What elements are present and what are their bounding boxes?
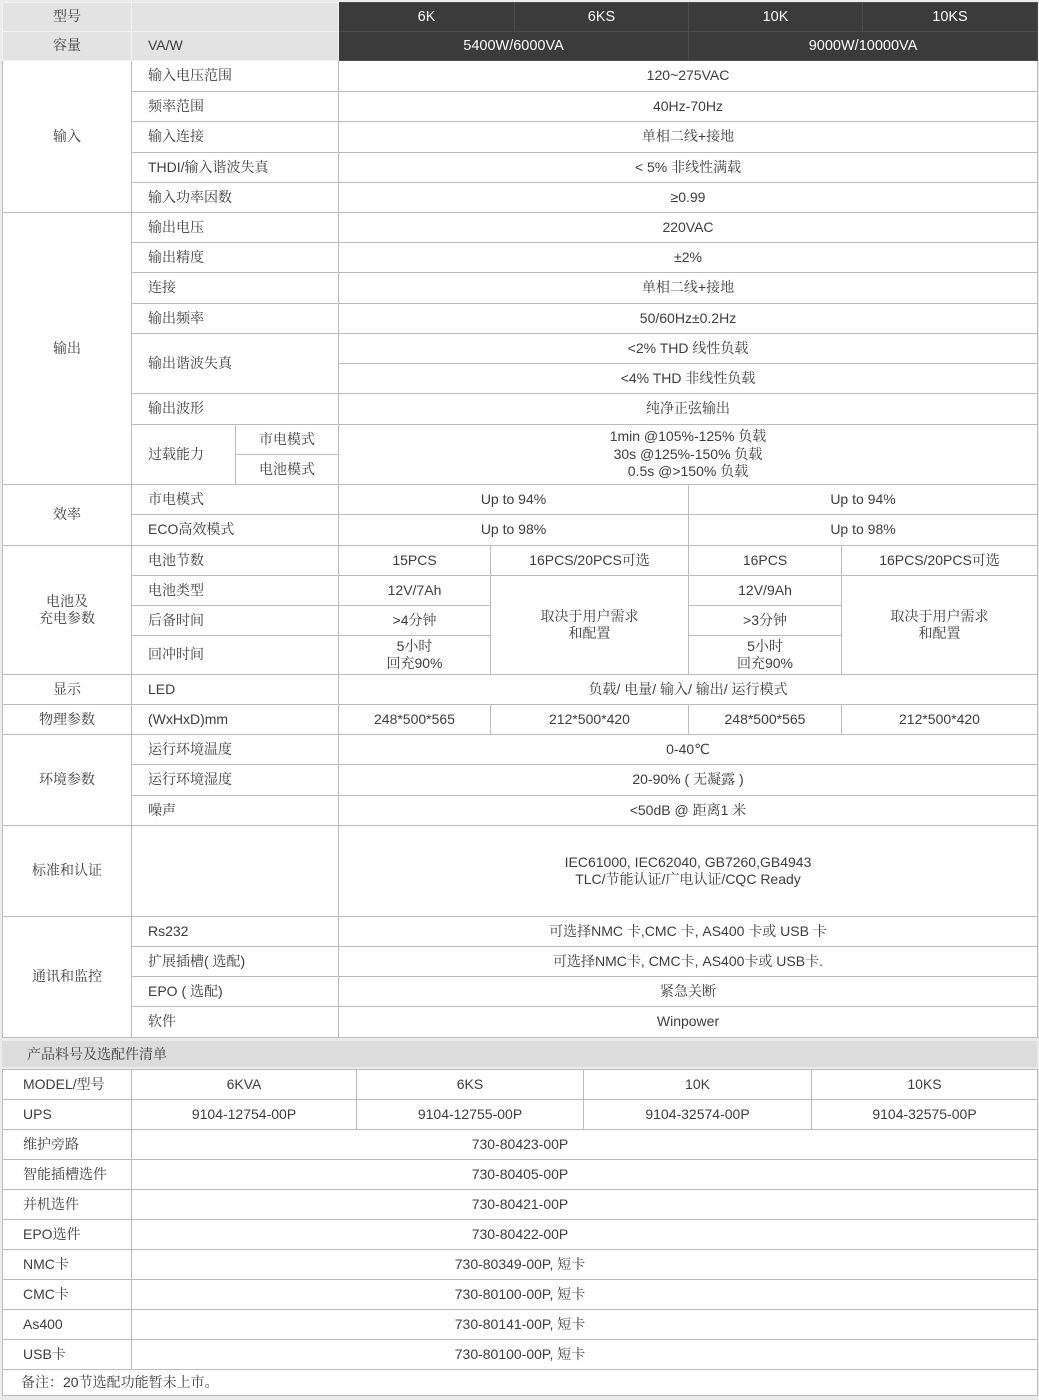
- spec-name: 市电模式: [132, 485, 339, 515]
- spec-name-thd: 输出谐波失真: [132, 334, 339, 394]
- efficiency-value: Up to 94%: [339, 485, 689, 515]
- spec-name-waveform: 输出波形: [132, 394, 339, 425]
- recharge-value: 5小时 回充90%: [339, 636, 491, 675]
- spec-name: 连接: [132, 273, 339, 304]
- section-label-physical: 物理参数: [3, 705, 132, 735]
- parts-option-label: USB卡: [3, 1340, 132, 1370]
- waveform-value: 纯净正弦输出: [339, 394, 1038, 425]
- thd-nonlinear-value: <4% THD 非线性负载: [339, 364, 1038, 394]
- dimension-value: 248*500*565: [689, 705, 842, 735]
- parts-option-value: 730-80422-00P: [132, 1220, 1038, 1250]
- spec-name: 输出频率: [132, 304, 339, 334]
- spec-value: < 5% 非线性满载: [339, 153, 1038, 183]
- depends-line: 和配置: [491, 625, 688, 643]
- section-label-standards: 标准和认证: [3, 826, 132, 917]
- standards-empty-cell: [132, 826, 339, 917]
- thd-linear-value: <2% THD 线性负载: [339, 334, 1038, 364]
- battery-depends-cell: 取决于用户需求 和配置: [842, 576, 1038, 675]
- spec-name: EPO ( 选配): [132, 977, 339, 1007]
- spec-value: ≥0.99: [339, 183, 1038, 213]
- spec-value: Winpower: [339, 1007, 1038, 1038]
- spec-name: 输入电压范围: [132, 61, 339, 92]
- overload-value: 1min @105%-125% 负载 30s @125%-150% 负载 0.5…: [339, 425, 1038, 485]
- spec-value: 120~275VAC: [339, 61, 1038, 92]
- parts-option-label: EPO选件: [3, 1220, 132, 1250]
- spec-value: 可选择NMC卡, CMC卡, AS400卡或 USB卡.: [339, 947, 1038, 977]
- spec-name: THDI/输入谐波失真: [132, 153, 339, 183]
- overload-line: 1min @105%-125% 负载: [339, 428, 1037, 446]
- standards-line: IEC61000, IEC62040, GB7260,GB4943: [339, 854, 1037, 872]
- spec-name: 输入连接: [132, 122, 339, 153]
- parts-option-label: 智能插槽选件: [3, 1160, 132, 1190]
- spec-value: 50/60Hz±0.2Hz: [339, 304, 1038, 334]
- battery-label-line: 充电参数: [3, 610, 131, 628]
- spec-table: 型号 6K 6KS 10K 10KS 容量 VA/W 5400W/6000VA …: [2, 2, 1038, 1038]
- spec-value: 20-90% ( 无凝露 ): [339, 765, 1038, 796]
- depends-line: 取决于用户需求: [842, 608, 1037, 626]
- parts-option-value: 730-80349-00P, 短卡: [132, 1250, 1038, 1280]
- battery-cells-value: 16PCS: [689, 546, 842, 576]
- section-label-efficiency: 效率: [3, 485, 132, 546]
- section-label-communication: 通讯和监控: [3, 917, 132, 1038]
- parts-option-value: 730-80141-00P, 短卡: [132, 1310, 1038, 1340]
- capacity-row-label: 容量: [3, 32, 132, 61]
- spec-name: 电池类型: [132, 576, 339, 606]
- spec-name-overload: 过载能力: [132, 425, 236, 485]
- parts-option-label: As400: [3, 1310, 132, 1340]
- recharge-line: 回充90%: [339, 655, 490, 673]
- battery-cells-value: 16PCS/20PCS可选: [491, 546, 689, 576]
- battery-cells-value: 15PCS: [339, 546, 491, 576]
- model-header-6k: 6K: [339, 3, 515, 32]
- battery-cells-value: 16PCS/20PCS可选: [842, 546, 1038, 576]
- spec-name: 电池节数: [132, 546, 339, 576]
- spec-name: ECO高效模式: [132, 515, 339, 546]
- spec-name: 扩展插槽( 选配): [132, 947, 339, 977]
- led-value: 负载/ 电量/ 输入/ 输出/ 运行模式: [339, 675, 1038, 705]
- efficiency-value: Up to 98%: [689, 515, 1038, 546]
- spec-value: 40Hz-70Hz: [339, 92, 1038, 122]
- parts-model-value: 6KS: [357, 1070, 584, 1100]
- spec-name: 后备时间: [132, 606, 339, 636]
- model-header-10ks: 10KS: [863, 3, 1038, 32]
- footnote: 备注：20节选配功能暂未上市。: [3, 1370, 1038, 1396]
- efficiency-value: Up to 94%: [689, 485, 1038, 515]
- depends-line: 取决于用户需求: [491, 608, 688, 626]
- spec-value: 可选择NMC 卡,CMC 卡, AS400 卡或 USB 卡: [339, 917, 1038, 947]
- capacity-unit: VA/W: [132, 32, 339, 61]
- parts-ups-value: 9104-12755-00P: [357, 1100, 584, 1130]
- spec-sheet: 型号 6K 6KS 10K 10KS 容量 VA/W 5400W/6000VA …: [2, 2, 1037, 1396]
- battery-type-value: 12V/9Ah: [689, 576, 842, 606]
- parts-option-value: 730-80423-00P: [132, 1130, 1038, 1160]
- section-label-environment: 环境参数: [3, 735, 132, 826]
- standards-value: IEC61000, IEC62040, GB7260,GB4943 TLC/节能…: [339, 826, 1038, 917]
- parts-ups-value: 9104-12754-00P: [132, 1100, 357, 1130]
- section-label-input: 输入: [3, 61, 132, 213]
- dimension-value: 248*500*565: [339, 705, 491, 735]
- spec-value: 紧急关断: [339, 977, 1038, 1007]
- overload-line: 30s @125%-150% 负载: [339, 446, 1037, 464]
- spec-value: 0-40℃: [339, 735, 1038, 765]
- spec-name: Rs232: [132, 917, 339, 947]
- spec-value: 单相二线+接地: [339, 273, 1038, 304]
- parts-option-label: 并机选件: [3, 1190, 132, 1220]
- parts-model-value: 6KVA: [132, 1070, 357, 1100]
- backup-time-value: >4分钟: [339, 606, 491, 636]
- spec-name: 频率范围: [132, 92, 339, 122]
- spec-name: 噪声: [132, 796, 339, 826]
- parts-option-value: 730-80100-00P, 短卡: [132, 1280, 1038, 1310]
- recharge-value: 5小时 回充90%: [689, 636, 842, 675]
- parts-model-value: 10K: [584, 1070, 812, 1100]
- spec-value: <50dB @ 距离1 米: [339, 796, 1038, 826]
- spec-value: 单相二线+接地: [339, 122, 1038, 153]
- spec-name: 输入功率因数: [132, 183, 339, 213]
- parts-ups-value: 9104-32574-00P: [584, 1100, 812, 1130]
- parts-model-label: MODEL/型号: [3, 1070, 132, 1100]
- parts-option-value: 730-80100-00P, 短卡: [132, 1340, 1038, 1370]
- parts-option-value: 730-80405-00P: [132, 1160, 1038, 1190]
- parts-ups-value: 9104-32575-00P: [812, 1100, 1038, 1130]
- parts-option-label: NMC卡: [3, 1250, 132, 1280]
- overload-mode-mains: 市电模式: [236, 425, 339, 455]
- battery-type-value: 12V/7Ah: [339, 576, 491, 606]
- recharge-line: 5小时: [339, 638, 490, 656]
- model-row-label: 型号: [3, 3, 132, 32]
- depends-line: 和配置: [842, 625, 1037, 643]
- spec-value: ±2%: [339, 243, 1038, 273]
- overload-line: 0.5s @>150% 负载: [339, 463, 1037, 481]
- parts-model-value: 10KS: [812, 1070, 1038, 1100]
- battery-label-line: 电池及: [3, 593, 131, 611]
- standards-line: TLC/节能认证/广电认证/CQC Ready: [339, 871, 1037, 889]
- spec-name: 输出精度: [132, 243, 339, 273]
- efficiency-value: Up to 98%: [339, 515, 689, 546]
- spec-name-dimensions: (WxHxD)mm: [132, 705, 339, 735]
- parts-table: MODEL/型号 6KVA 6KS 10K 10KS UPS 9104-1275…: [2, 1069, 1038, 1396]
- section-label-battery: 电池及 充电参数: [3, 546, 132, 675]
- parts-option-value: 730-80421-00P: [132, 1190, 1038, 1220]
- spec-name: 回冲时间: [132, 636, 339, 675]
- overload-mode-battery: 电池模式: [236, 455, 339, 485]
- backup-time-value: >3分钟: [689, 606, 842, 636]
- spec-name: 运行环境湿度: [132, 765, 339, 796]
- capacity-value-6k: 5400W/6000VA: [339, 32, 689, 61]
- parts-ups-label: UPS: [3, 1100, 132, 1130]
- model-header-6ks: 6KS: [515, 3, 689, 32]
- section-label-output: 输出: [3, 213, 132, 485]
- recharge-line: 5小时: [689, 638, 841, 656]
- spec-value: 220VAC: [339, 213, 1038, 243]
- model-row-empty-cell: [132, 3, 339, 32]
- parts-option-label: CMC卡: [3, 1280, 132, 1310]
- section-label-display: 显示: [3, 675, 132, 705]
- capacity-value-10k: 9000W/10000VA: [689, 32, 1038, 61]
- parts-section-title: 产品料号及选配件清单: [2, 1041, 1037, 1067]
- parts-option-label: 维护旁路: [3, 1130, 132, 1160]
- dimension-value: 212*500*420: [491, 705, 689, 735]
- spec-name-led: LED: [132, 675, 339, 705]
- spec-name: 输出电压: [132, 213, 339, 243]
- spec-name: 运行环境温度: [132, 735, 339, 765]
- battery-depends-cell: 取决于用户需求 和配置: [491, 576, 689, 675]
- model-header-10k: 10K: [689, 3, 863, 32]
- spec-name: 软件: [132, 1007, 339, 1038]
- dimension-value: 212*500*420: [842, 705, 1038, 735]
- recharge-line: 回充90%: [689, 655, 841, 673]
